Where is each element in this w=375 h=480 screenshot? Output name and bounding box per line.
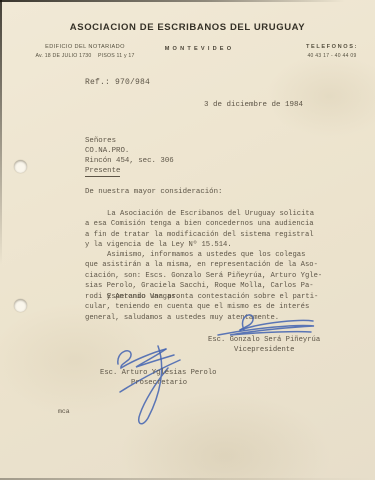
- vicepresident-title: Vicepresidente: [234, 346, 294, 354]
- vicepresident-name: Esc. Gonzalo Será Piñeyrúa: [208, 336, 320, 344]
- letterhead-phones-block: TELEFONOS: 40 43 17 - 40 44 09: [296, 44, 368, 59]
- recipient-salutation: Señores: [85, 136, 174, 146]
- letterhead-city: MONTEVIDEO: [152, 46, 247, 52]
- letterhead-street: Av. 18 DE JULIO 1730 PISOS 11 y 17: [20, 53, 150, 59]
- prosecretary-title: Prosecretario: [131, 379, 187, 387]
- recipient-address: Rincón 454, sec. 306: [85, 156, 174, 166]
- punch-hole-top: [14, 160, 27, 173]
- letter-date: 3 de diciembre de 1984: [204, 101, 303, 109]
- org-name: ASOCIACION DE ESCRIBANOS DEL URUGUAY: [0, 22, 375, 33]
- scan-edge-left: [0, 0, 2, 265]
- letterhead-building: EDIFICIO DEL NOTARIADO: [20, 44, 150, 50]
- phones-label: TELEFONOS:: [296, 44, 368, 50]
- prosecretary-name: Esc. Arturo Yglesias Perolo: [100, 369, 216, 377]
- scan-edge-top: [0, 0, 375, 2]
- letter-paper: ASOCIACION DE ESCRIBANOS DEL URUGUAY EDI…: [0, 0, 375, 480]
- recipient-presente: Presente: [85, 166, 120, 177]
- phones-numbers: 40 43 17 - 40 44 09: [296, 53, 368, 59]
- typist-initials: mca: [58, 408, 70, 415]
- salutation: De nuestra mayor consideración:: [85, 188, 223, 196]
- punch-hole-bottom: [14, 299, 27, 312]
- recipient-block: Señores CO.NA.PRO. Rincón 454, sec. 306 …: [85, 136, 174, 177]
- recipient-org: CO.NA.PRO.: [85, 146, 174, 156]
- letterhead-address-block: EDIFICIO DEL NOTARIADO Av. 18 DE JULIO 1…: [20, 44, 150, 59]
- body-paragraph-1: La Asociación de Escribanos del Uruguay …: [85, 209, 335, 251]
- reference-number: Ref.: 970/984: [85, 78, 150, 87]
